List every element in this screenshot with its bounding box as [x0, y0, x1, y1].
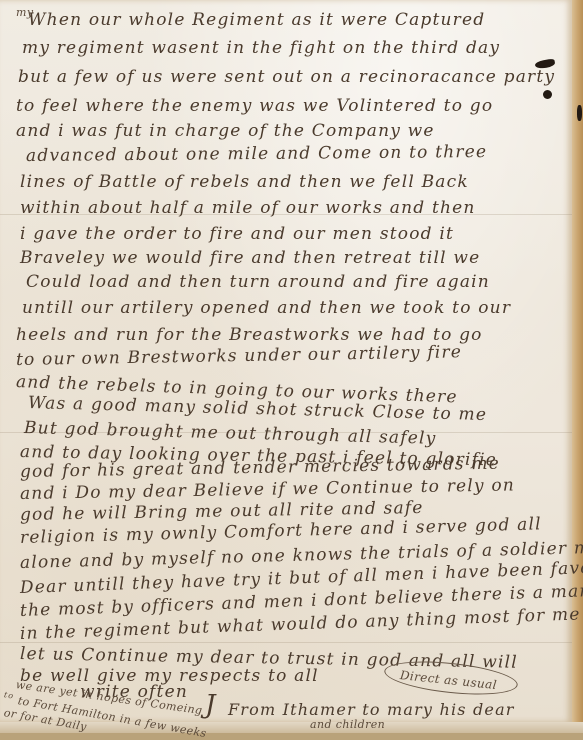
signature: From Ithamer to mary his dear [228, 700, 515, 719]
ink-blot [543, 90, 552, 99]
paper-edge-bottom [0, 722, 583, 733]
signature-initial: J [205, 690, 217, 720]
letter-line: lines of Battle of rebels and then we fe… [20, 172, 469, 192]
ink-blot [577, 105, 582, 121]
paper-fold [0, 642, 572, 643]
letter-line: heels and run for the Breastworks we had… [16, 325, 483, 345]
letter-line: When our whole Regiment as it were Captu… [28, 10, 485, 30]
postscript-margin: to [3, 690, 15, 701]
letter-line: untill our artilery opened and then we t… [22, 298, 511, 318]
letter-line: Braveley we would fire and then retreat … [20, 248, 480, 268]
letter-line: within about half a mile of our works an… [20, 198, 476, 218]
letter-line: i gave the order to fire and our men sto… [20, 224, 454, 244]
letter-line: my regiment wasent in the fight on the t… [22, 38, 500, 58]
letter-line: advanced about one mile and Come on to t… [26, 142, 487, 166]
signature-continuation: and children [310, 718, 385, 731]
letter-line: to feel where the enemy was we Volintere… [16, 96, 493, 116]
letter-line: Could load and then turn around and fire… [26, 272, 490, 292]
letter-line: but a few of us were sent out on a recin… [18, 67, 555, 87]
letter-line: and i was fut in charge of the Company w… [16, 121, 435, 141]
